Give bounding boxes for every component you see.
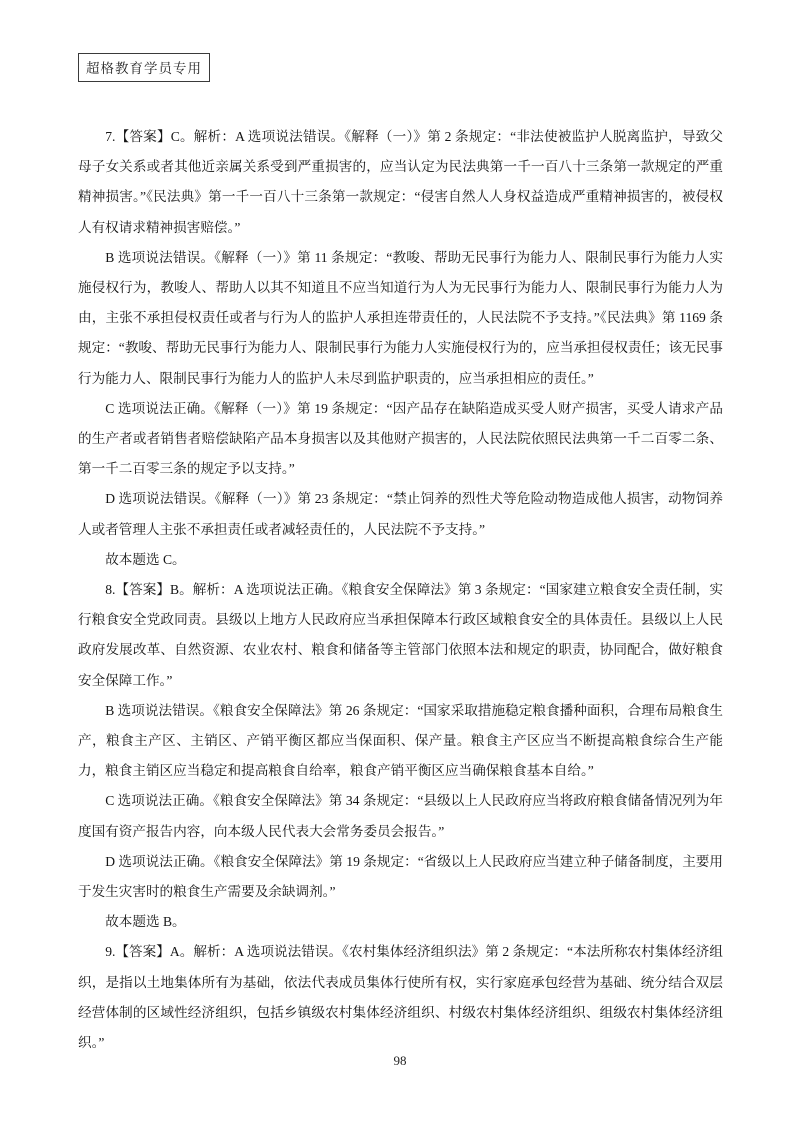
document-page: 超格教育学员专用 7.【答案】C。解析：A 选项说法错误。《解释（一）》第 2 … [0,0,800,1132]
q8-option-d-analysis: D 选项说法正确。《粮食安全保障法》第 19 条规定：“省级以上人民政府应当建立… [78,847,723,907]
q8-conclusion: 故本题选 B。 [78,907,723,937]
q8-option-a-analysis: 8.【答案】B。解析：A 选项说法正确。《粮食安全保障法》第 3 条规定：“国家… [78,575,723,696]
q9-option-a-analysis: 9.【答案】A。解析：A 选项说法错误。《农村集体经济组织法》第 2 条规定：“… [78,937,723,1058]
q8-option-b-analysis: B 选项说法错误。《粮食安全保障法》第 26 条规定：“国家采取措施稳定粮食播种… [78,696,723,787]
q7-option-a-analysis: 7.【答案】C。解析：A 选项说法错误。《解释（一）》第 2 条规定：“非法使被… [78,122,723,243]
header-stamp: 超格教育学员专用 [78,53,210,82]
question-9-block: 9.【答案】A。解析：A 选项说法错误。《农村集体经济组织法》第 2 条规定：“… [78,937,723,1058]
question-8-block: 8.【答案】B。解析：A 选项说法正确。《粮食安全保障法》第 3 条规定：“国家… [78,575,723,937]
page-number: 98 [0,1053,800,1069]
answer-explanations: 7.【答案】C。解析：A 选项说法错误。《解释（一）》第 2 条规定：“非法使被… [78,122,723,1058]
q7-option-c-analysis: C 选项说法正确。《解释（一）》第 19 条规定：“因产品存在缺陷造成买受人财产… [78,394,723,485]
question-7-block: 7.【答案】C。解析：A 选项说法错误。《解释（一）》第 2 条规定：“非法使被… [78,122,723,575]
q7-conclusion: 故本题选 C。 [78,545,723,575]
q7-option-d-analysis: D 选项说法错误。《解释（一）》第 23 条规定：“禁止饲养的烈性犬等危险动物造… [78,484,723,544]
q8-option-c-analysis: C 选项说法正确。《粮食安全保障法》第 34 条规定：“县级以上人民政府应当将政… [78,786,723,846]
q7-option-b-analysis: B 选项说法错误。《解释（一）》第 11 条规定：“教唆、帮助无民事行为能力人、… [78,243,723,394]
